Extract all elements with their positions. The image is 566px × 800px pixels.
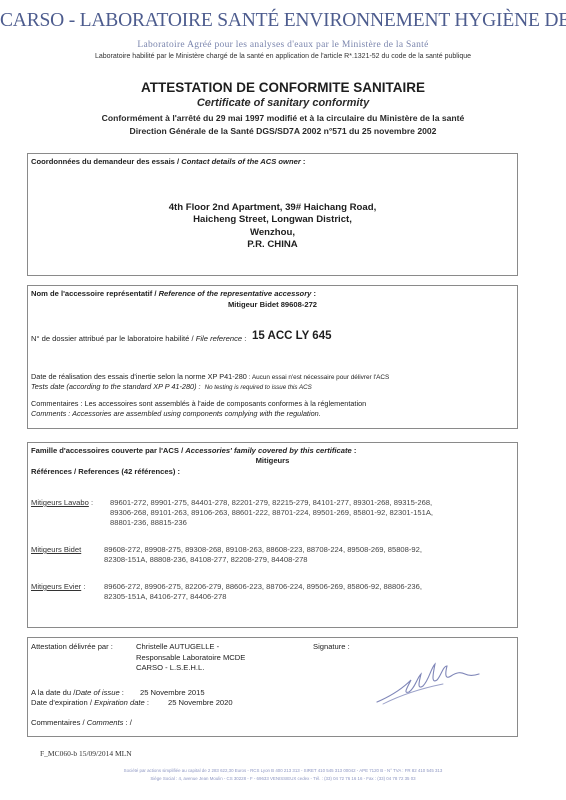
company-legal-line-1: Société par actions simplifiée au capita… <box>0 768 566 773</box>
file-reference-value: 15 ACC LY 645 <box>252 330 331 342</box>
owner-section: Coordonnées du demandeur des essais / Co… <box>27 153 518 276</box>
representative-accessory-name: Mitigeur Bidet 89608-272 <box>28 300 517 309</box>
file-reference-row: N° de dossier attribué par le laboratoir… <box>31 334 246 343</box>
signature-label: Signature : <box>313 642 350 651</box>
comments-en: Comments : Accessories are assembled usi… <box>31 409 321 418</box>
owner-label: Coordonnées du demandeur des essais / Co… <box>31 157 305 166</box>
lab-name-header: CARSO - LABORATOIRE SANTÉ ENVIRONNEMENT … <box>0 10 566 32</box>
family-label: Famille d'accessoires couverte par l'ACS… <box>31 446 356 455</box>
habilitation-line: Laboratoire habilité par le Ministère ch… <box>0 53 566 60</box>
owner-address: 4th Floor 2nd Apartment, 39# Haichang Ro… <box>28 202 517 252</box>
tests-date-fr: Date de réalisation des essais d'inertie… <box>31 372 389 381</box>
group-name: Mitigeurs Lavabo <box>31 498 89 507</box>
document-title: ATTESTATION DE CONFORMITE SANITAIRE <box>0 80 566 95</box>
address-line: P.R. CHINA <box>28 239 517 251</box>
expiration-date-row: Date d'expiration / Expiration date : <box>31 698 149 707</box>
issuance-comments: Commentaires / Comments : / <box>31 718 132 727</box>
accessory-label: Nom de l'accessoire représentatif / Refe… <box>31 289 316 298</box>
regulation-line-1: Conformément à l'arrêté du 29 mai 1997 m… <box>0 113 566 123</box>
address-line: Haicheng Street, Longwan District, <box>28 214 517 226</box>
issuer-line: Responsable Laboratoire MCDE <box>136 653 245 664</box>
accreditation-line: Laboratoire Agréé pour les analyses d'ea… <box>0 40 566 50</box>
group-name: Mitigeurs Evier <box>31 582 81 591</box>
regulation-line-2: Direction Générale de la Santé DGS/SD7A … <box>0 126 566 136</box>
family-section: Famille d'accessoires couverte par l'ACS… <box>27 442 518 628</box>
tests-date-en: Tests date (according to the standard XP… <box>31 382 312 391</box>
date-of-issue-row: A la date du /Date of issue : <box>31 688 124 697</box>
references-label: Références / References (42 références) … <box>31 467 180 476</box>
issuance-section: Attestation délivrée par : Christelle AU… <box>27 637 518 737</box>
address-line: 4th Floor 2nd Apartment, 39# Haichang Ro… <box>28 202 517 214</box>
group-references: 89608-272, 89908-275, 89308-268, 89108-2… <box>104 545 422 565</box>
comments-fr: Commentaires : Les accessoires sont asse… <box>31 399 366 408</box>
group-references: 89601-272, 89901-275, 84401-278, 82201-2… <box>110 498 433 529</box>
group-name: Mitigeurs Bidet <box>31 545 81 554</box>
document-title-english: Certificate of sanitary conformity <box>0 97 566 109</box>
issued-by-label: Attestation délivrée par : <box>31 642 113 651</box>
issuer: Christelle AUTUGELLE - Responsable Labor… <box>136 642 245 674</box>
signature-image <box>373 658 483 708</box>
issuer-line: Christelle AUTUGELLE - <box>136 642 245 653</box>
issuer-line: CARSO - L.S.E.H.L. <box>136 663 245 674</box>
family-name: Mitigeurs <box>28 456 517 465</box>
address-line: Wenzhou, <box>28 227 517 239</box>
date-of-issue-value: 25 Novembre 2015 <box>140 688 205 697</box>
accessory-section: Nom de l'accessoire représentatif / Refe… <box>27 285 518 429</box>
company-legal-line-2: Siège Social : 4, avenue Jean Moulin - C… <box>0 776 566 781</box>
form-code: F_MC060-b 15/09/2014 MLN <box>40 749 132 758</box>
group-references: 89606-272, 89906-275, 82206-279, 88606-2… <box>104 582 422 602</box>
expiration-date-value: 25 Novembre 2020 <box>168 698 233 707</box>
